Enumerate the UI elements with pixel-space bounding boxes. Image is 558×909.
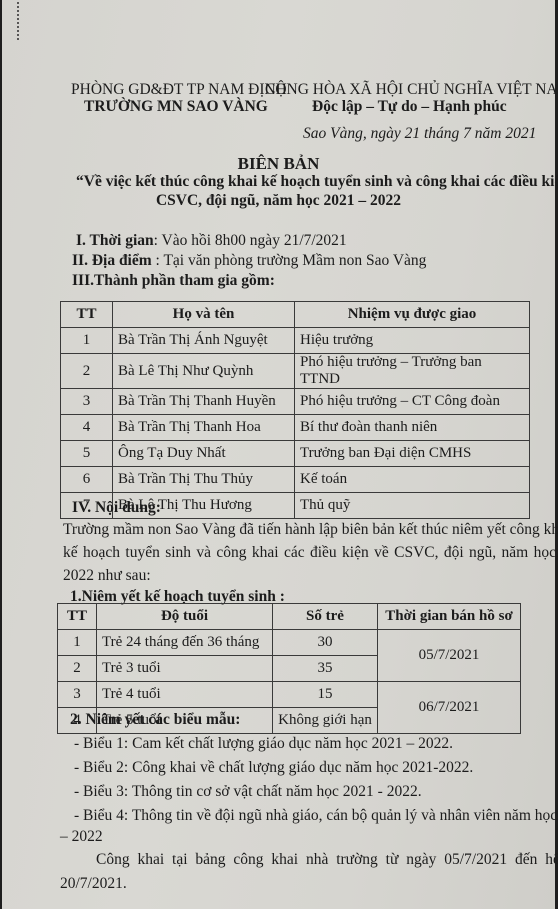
pen-mark (17, 2, 22, 40)
participant-row: 5Ông Tạ Duy NhấtTrưởng ban Đại diện CMHS (61, 441, 530, 467)
document-page: PHÒNG GD&ĐT TP NAM ĐỊNH TRƯỜNG MN SAO VÀ… (2, 0, 555, 909)
document-subtitle-line1: “Về việc kết thúc công khai kế hoạch tuy… (76, 173, 558, 191)
place-label: II. Địa điểm (72, 252, 152, 269)
motto: Độc lập – Tự do – Hạnh phúc (312, 98, 507, 116)
enrollment-tt: 3 (58, 682, 97, 708)
content-paragraph-line2: kế hoạch tuyển sinh và công khai các điề… (63, 541, 558, 564)
enrollment-tt: 2 (58, 656, 97, 682)
participant-name: Bà Trần Thị Thu Thủy (113, 467, 295, 493)
participant-duty: Hiệu trưởng (295, 328, 530, 354)
date-line: Sao Vàng, ngày 21 tháng 7 năm 2021 (303, 125, 536, 143)
forms-label: 2. Niêm yết các biểu mẫu: (70, 708, 240, 731)
participant-name: Bà Trần Thị Thanh Huyền (113, 389, 295, 415)
participant-row: 2Bà Lê Thị Như QuỳnhPhó hiệu trưởng – Tr… (61, 354, 530, 389)
participant-duty: Phó hiệu trưởng – CT Công đoàn (295, 389, 530, 415)
enrollment-age: Trẻ 4 tuổi (97, 682, 273, 708)
enrollment-count: 30 (273, 630, 378, 656)
participant-row: 1Bà Trần Thị Ánh NguyệtHiệu trưởng (61, 328, 530, 354)
header-tt: TT (61, 302, 113, 328)
participants-table: TT Họ và tên Nhiệm vụ được giao 1Bà Trần… (60, 301, 530, 519)
enrollment-age: Trẻ 24 tháng đến 36 tháng (97, 630, 273, 656)
content-label: IV. Nội dung: (72, 496, 161, 519)
participant-tt: 6 (61, 467, 113, 493)
sale-date: 05/7/2021 (378, 630, 521, 682)
participant-tt: 3 (61, 389, 113, 415)
participants-label: III.Thành phần tham gia gồm: (72, 269, 275, 292)
form-item-2: - Biểu 2: Công khai về chất lượng giáo d… (74, 756, 473, 779)
header-age: Độ tuổi (97, 604, 273, 630)
participant-row: 4Bà Trần Thị Thanh HoaBí thư đoàn thanh … (61, 415, 530, 441)
participant-tt: 1 (61, 328, 113, 354)
school-name: TRƯỜNG MN SAO VÀNG (84, 98, 268, 116)
header-count: Số trẻ (273, 604, 378, 630)
header-name: Họ và tên (113, 302, 295, 328)
enrollment-age: Trẻ 3 tuổi (97, 656, 273, 682)
document-subtitle-line2: CSVC, đội ngũ, năm học 2021 – 2022 (2, 192, 555, 210)
content-paragraph-line1: Trường mầm non Sao Vàng đã tiến hành lập… (63, 518, 558, 541)
participant-name: Bà Trần Thị Ánh Nguyệt (113, 328, 295, 354)
form-item-3: - Biểu 3: Thông tin cơ sở vật chất năm h… (74, 780, 422, 803)
participant-duty: Phó hiệu trưởng – Trưởng ban TTND (295, 354, 530, 389)
participant-duty: Kế toán (295, 467, 530, 493)
department-name: PHÒNG GD&ĐT TP NAM ĐỊNH (71, 81, 287, 99)
form-item-4: - Biểu 4: Thông tin về đội ngũ nhà giáo,… (74, 804, 558, 827)
closing-line1: Công khai tại bảng công khai nhà trường … (96, 848, 558, 871)
participant-tt: 5 (61, 441, 113, 467)
document-title: BIÊN BẢN (2, 154, 555, 174)
table-header-row: TT Độ tuổi Số trẻ Thời gian bán hồ sơ (58, 604, 521, 630)
enrollment-tt: 1 (58, 630, 97, 656)
table-header-row: TT Họ và tên Nhiệm vụ được giao (61, 302, 530, 328)
header-sale-time: Thời gian bán hồ sơ (378, 604, 521, 630)
enrollment-row: 1Trẻ 24 tháng đến 36 tháng3005/7/2021 (58, 630, 521, 656)
enrollment-count: 35 (273, 656, 378, 682)
participant-tt: 4 (61, 415, 113, 441)
enrollment-row: 3Trẻ 4 tuổi1506/7/2021 (58, 682, 521, 708)
header-duty: Nhiệm vụ được giao (295, 302, 530, 328)
participant-duty: Thủ quỹ (295, 493, 530, 519)
participant-row: 3Bà Trần Thị Thanh HuyềnPhó hiệu trưởng … (61, 389, 530, 415)
participant-duty: Bí thư đoàn thanh niên (295, 415, 530, 441)
participant-name: Bà Trần Thị Thanh Hoa (113, 415, 295, 441)
time-value: : Vào hồi 8h00 ngày 21/7/2021 (154, 232, 347, 249)
participant-tt: 2 (61, 354, 113, 389)
participant-row: 6Bà Trần Thị Thu ThủyKế toán (61, 467, 530, 493)
closing-line2: 20/7/2021. (60, 872, 127, 895)
enrollment-count: Không giới hạn (273, 708, 378, 734)
sale-date: 06/7/2021 (378, 682, 521, 734)
participant-duty: Trưởng ban Đại diện CMHS (295, 441, 530, 467)
participant-name: Bà Lê Thị Như Quỳnh (113, 354, 295, 389)
enrollment-count: 15 (273, 682, 378, 708)
form-item-1: - Biểu 1: Cam kết chất lượng giáo dục nă… (74, 732, 453, 755)
participant-name: Ông Tạ Duy Nhất (113, 441, 295, 467)
time-label: I. Thời gian (76, 232, 154, 249)
content-paragraph-line3: 2022 như sau: (63, 564, 151, 587)
place-value: : Tại văn phòng trường Mầm non Sao Vàng (152, 252, 427, 269)
form-item-4-continued: – 2022 (60, 825, 103, 848)
header-tt: TT (58, 604, 97, 630)
republic-name: CỘNG HÒA XÃ HỘI CHỦ NGHĨA VIỆT NAM (265, 81, 558, 99)
